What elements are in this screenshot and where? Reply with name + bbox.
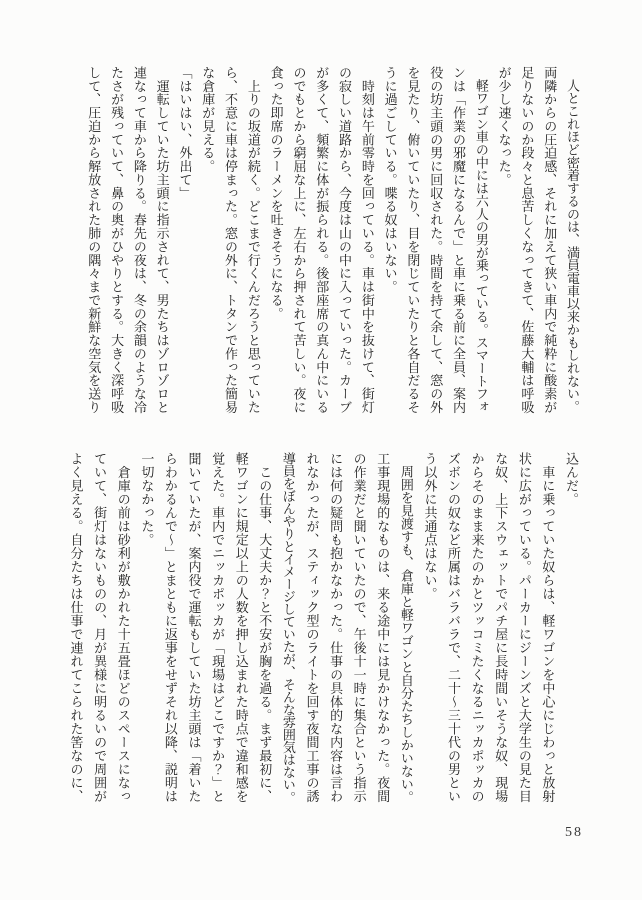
- text-column: ていて、街灯はないものの、月が異様に明るいので周囲が: [88, 452, 112, 806]
- text-column: 周囲を見渡すも、倉庫と軽ワゴンと自分たちしかいない。: [394, 452, 418, 806]
- page-number: 58: [565, 825, 583, 841]
- text-column: 両隣からの圧迫感、それに加えて狭い車内で純粋に酸素が: [537, 66, 560, 416]
- text-column: たさが残っていて、鼻の奥がひやりとする。大きく深呼吸: [104, 66, 127, 416]
- top-text-block: 人とこれほど密着するのは、満員電車以来かもしれない。両隣からの圧迫感、それに加え…: [81, 66, 583, 416]
- bottom-text-block: 込んだ。 車に乗っていた奴らは、軽ワゴンを中心にじわっと放射状に広がっている。パ…: [64, 452, 583, 806]
- text-column: には何の疑問も抱かなかった。仕事の具体的な内容は言わ: [323, 452, 347, 806]
- text-column: からそのまま来たのかとツッコミたくなるニッカポッカの: [465, 452, 489, 806]
- text-column: が多くて、頻繁に体が振られる。後部座席の真ん中にいる: [309, 66, 332, 416]
- text-column: 運転していた坊主頭に指示されて、男たちはゾロゾロと: [150, 66, 173, 416]
- text-column: うに過ごしている。喋る奴はいない。: [378, 66, 401, 416]
- text-column: の寂しい道路から、今度は山の中に入っていった。カーブ: [332, 66, 355, 416]
- text-column: らわかるんで〜」とまともに返事をせずそれ以降、説明は: [158, 452, 182, 806]
- text-column: 「はいはい、外出て」: [173, 66, 196, 416]
- text-column: 軽ワゴン車の中には六人の男が乗っている。スマートフォ: [469, 66, 492, 416]
- text-column: う以外に共通点はない。: [418, 452, 442, 806]
- text-column: 人とこれほど密着するのは、満員電車以来かもしれない。: [560, 66, 583, 416]
- text-column: 上りの坂道が続く。どこまで行くんだろうと思っていた: [241, 66, 264, 416]
- text-column: 倉庫の前は砂利が敷かれた十五畳ほどのスペースになっ: [111, 452, 135, 806]
- text-column: 時刻は午前零時を回っている。車は街中を抜けて、街灯: [355, 66, 378, 416]
- text-column: 足りないのか段々と息苦しくなってきて、佐藤大輔は呼吸: [515, 66, 538, 416]
- text-column: 聞いていたが、案内役で運転もしていた坊主頭は「着いた: [182, 452, 206, 806]
- text-column: この仕事、大丈夫か？と不安が胸を過る。まず最初に、: [253, 452, 277, 806]
- text-column: よく見える。自分たちは仕事で連れてこられた筈なのに、: [64, 452, 88, 806]
- text-column: 導員をぼんやりとイメージしていたが、そんな雰囲気はない。: [276, 452, 300, 806]
- book-page: 人とこれほど密着するのは、満員電車以来かもしれない。両隣からの圧迫感、それに加え…: [0, 0, 642, 900]
- text-column: 車に乗っていた奴らは、軽ワゴンを中心にじわっと放射: [536, 452, 560, 806]
- text-column: して、圧迫から解放された肺の隅々まで新鮮な空気を送り: [81, 66, 104, 416]
- text-column: な倉庫が見える。: [195, 66, 218, 416]
- text-column: 込んだ。: [559, 452, 583, 806]
- text-column: 覚えた。車内でニッカポッカが「現場はどこですか？」と: [206, 452, 230, 806]
- text-column: 連なって車から降りる。春先の夜は、冬の余韻のような冷: [127, 66, 150, 416]
- text-column: ズボンの奴など所属はバラバラで、二十〜三十代の男とい: [441, 452, 465, 806]
- text-column: を見たり、俯いていたり、目を閉じていたりと各自だるそ: [401, 66, 424, 416]
- text-column: 食った即席のラーメンを吐きそうになる。: [264, 66, 287, 416]
- text-column: の作業だと聞いていたので、午後十一時に集合という指示: [347, 452, 371, 806]
- text-column: ら、不意に車は停まった。窓の外に、トタンで作った簡易: [218, 66, 241, 416]
- text-column: れなかったが、スティック型のライトを回す夜間工事の誘: [300, 452, 324, 806]
- text-column: 工事現場的なものは、来る途中には見かけなかった。夜間: [371, 452, 395, 806]
- text-column: 状に広がっている。パーカーにジーンズと大学生の見た目: [512, 452, 536, 806]
- text-column: 役の坊主頭の男に回収された。時間を持て余して、窓の外: [423, 66, 446, 416]
- text-column: 一切なかった。: [135, 452, 159, 806]
- text-column: ンは「作業の邪魔になるんで」と車に乗る前に全員、案内: [446, 66, 469, 416]
- text-column: のでもとから窮屈な上に、左右から押されて苦しい。夜に: [287, 66, 310, 416]
- text-column: な奴、上下スウェットでパチ屋に長時間いそうな奴、現場: [489, 452, 513, 806]
- text-column: が少し速くなった。: [492, 66, 515, 416]
- text-column: 軽ワゴンに規定以上の人数を押し込まれた時点で違和感を: [229, 452, 253, 806]
